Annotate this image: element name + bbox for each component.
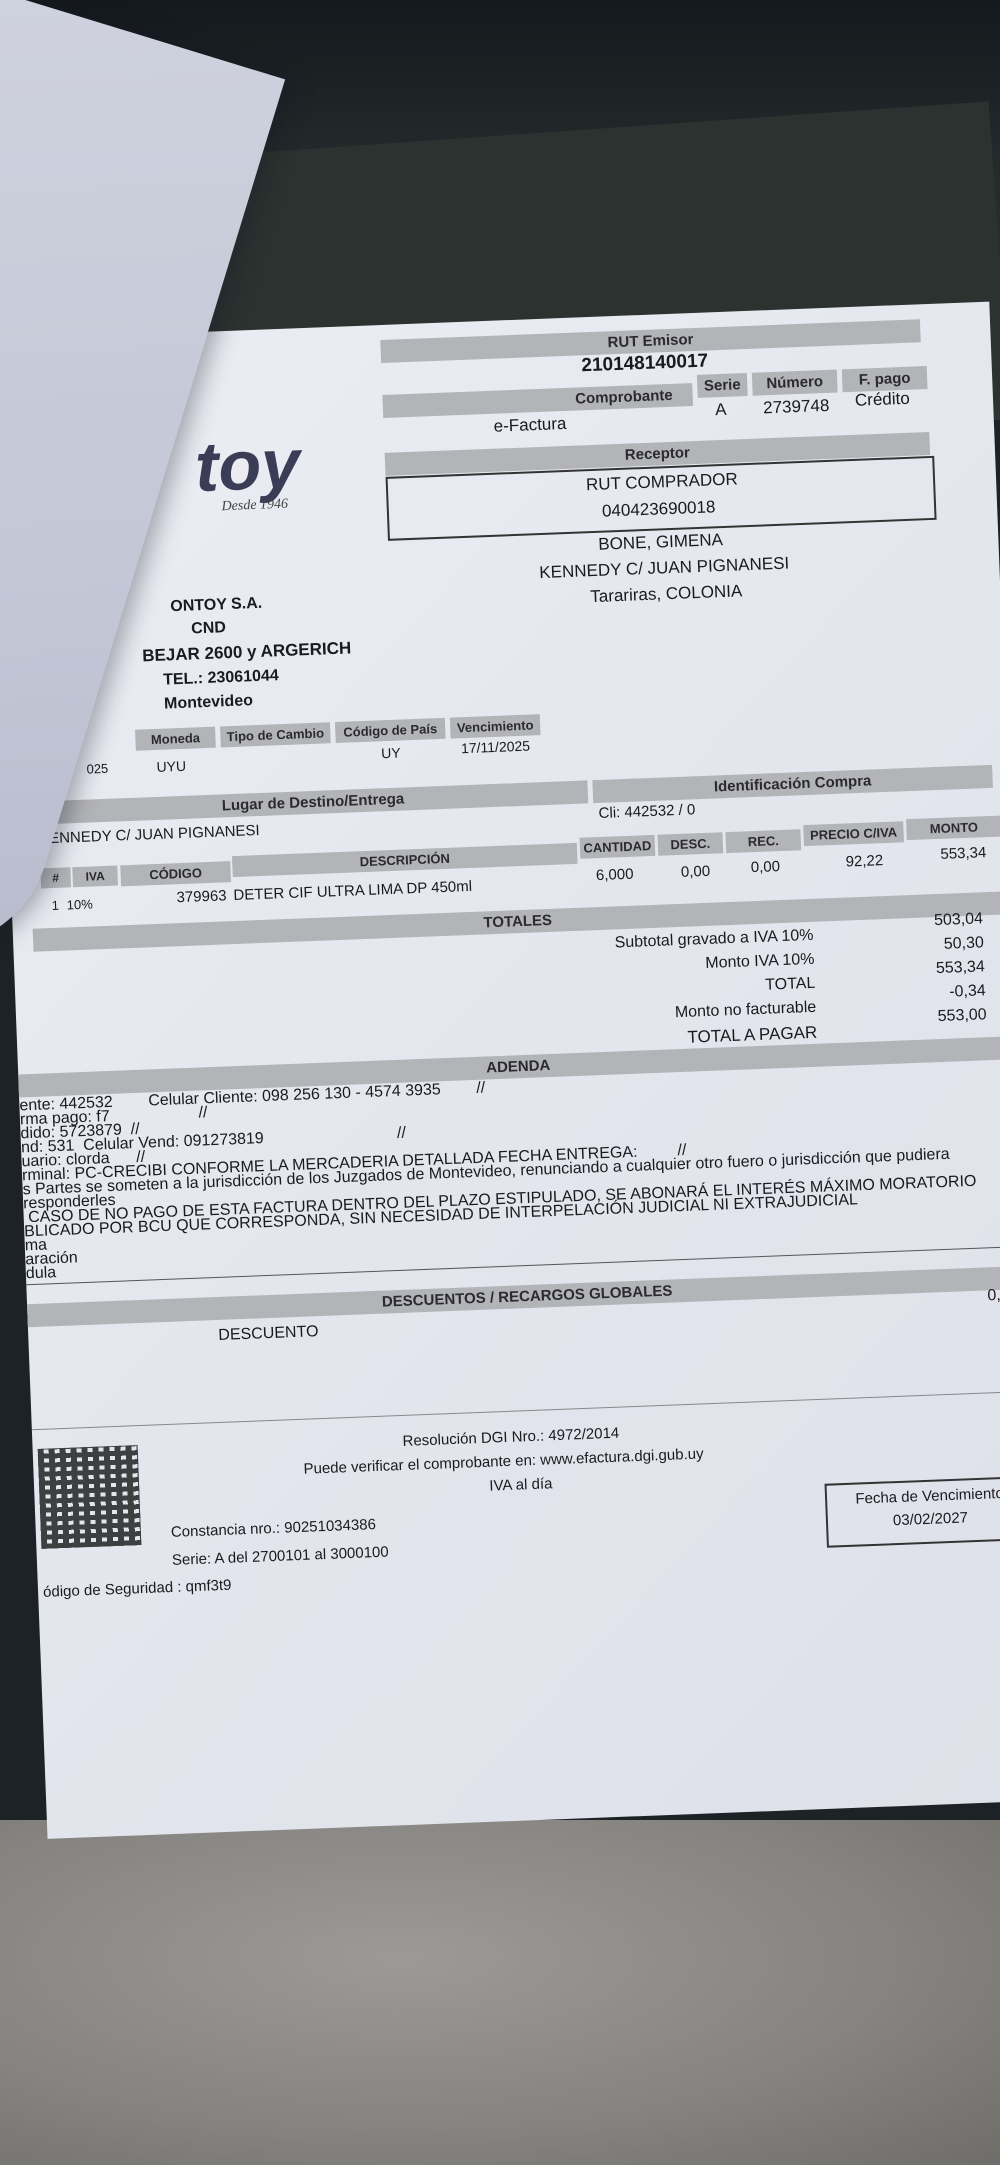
totales-row-value: 50,30 [944, 934, 985, 954]
vencimiento-value: 17/11/2025 [461, 738, 531, 757]
iva-dia-text: IVA al día [489, 1475, 553, 1494]
emisor-direccion: BEJAR 2600 y ARGERICH [142, 638, 352, 666]
receptor-nombre: BONE, GIMENA [598, 530, 723, 555]
destino-value: ENNEDY C/ JUAN PIGNANESI [49, 822, 260, 847]
comprobante-label: Comprobante [382, 383, 693, 418]
receptor-localidad: Tarariras, COLONIA [590, 581, 743, 607]
fpago-label: F. pago [842, 366, 928, 392]
destino-label: Lugar de Destino/Entrega [38, 780, 588, 824]
fecha-value: 025 [86, 761, 108, 777]
col-header-n: # [40, 867, 71, 888]
col-header-desc: DESC. [657, 832, 723, 855]
qr-code [38, 1445, 142, 1549]
numero-value: 2739748 [763, 396, 830, 419]
codigo-pais-value: UY [381, 745, 401, 762]
company-logo: toy [193, 423, 301, 507]
col-header-rec: REC. [725, 829, 801, 853]
row-precio: 92,22 [845, 852, 883, 870]
moneda-label: Moneda [135, 727, 216, 751]
logo-tagline: Desde 1946 [221, 497, 288, 516]
numero-label: Número [752, 370, 838, 396]
row-cantidad: 6,000 [596, 866, 634, 884]
row-n: 1 [51, 898, 59, 913]
fecha-vencimiento-value: 03/02/2027 [828, 1507, 1000, 1532]
constancia-text: Constancia nro.: 90251034386 [171, 1516, 377, 1541]
row-codigo: 379963 [176, 887, 227, 906]
totales-row-value: 553,34 [936, 958, 986, 978]
codigo-pais-label: Código de País [335, 718, 446, 743]
col-header-descripcion: DESCRIPCIÓN [232, 843, 578, 877]
col-header-monto: MONTO [906, 816, 1000, 841]
emisor-cnd: CND [191, 619, 226, 638]
emisor-razon-social: ONTOY S.A. [170, 595, 262, 617]
row-rec: 0,00 [750, 858, 780, 876]
id-compra-label: Identificación Compra [592, 765, 993, 803]
totales-row-value: 503,04 [934, 910, 984, 930]
row-monto: 553,34 [940, 844, 987, 863]
col-header-cantidad: CANTIDAD [580, 835, 656, 859]
col-header-codigo: CÓDIGO [120, 861, 231, 886]
emisor-ciudad: Montevideo [164, 692, 254, 713]
descuento-item-label: DESCUENTO [218, 1323, 319, 1345]
row-iva: 10% [66, 896, 93, 912]
totales-row-value: -0,34 [949, 982, 986, 1001]
emisor-telefono: TEL.: 23061044 [163, 667, 279, 689]
comprobante-value: e-Factura [493, 414, 566, 437]
resolucion-text: Resolución DGI Nro.: 4972/2014 [402, 1425, 619, 1450]
fpago-value: Crédito [855, 389, 911, 411]
verificar-text: Puede verificar el comprobante en: www.e… [303, 1445, 704, 1477]
tipo-cambio-label: Tipo de Cambio [220, 722, 331, 747]
col-header-iva: IVA [72, 866, 118, 888]
lap-fabric-background [0, 1820, 1000, 2165]
row-desc: 0,00 [681, 863, 711, 881]
descuento-item-value: 0,34 [987, 1286, 1000, 1305]
divider [32, 1391, 1000, 1430]
codigo-seguridad-text: ódigo de Seguridad : qmf3t9 [43, 1577, 232, 1601]
fecha-vencimiento-label: Fecha de Vencimiento [827, 1484, 1000, 1509]
vencimiento-label: Vencimiento [450, 714, 541, 738]
col-header-precio: PRECIO C/IVA [803, 821, 904, 846]
moneda-value: UYU [156, 758, 186, 775]
serie-rango-text: Serie: A del 2700101 al 3000100 [172, 1544, 389, 1569]
invoice-paper: toy Desde 1946 ONTOY S.A. CND BEJAR 2600… [0, 302, 1000, 1839]
serie-value: A [715, 400, 727, 420]
receptor-direccion: KENNEDY C/ JUAN PIGNANESI [539, 553, 790, 583]
totales-row-label: TOTAL [765, 975, 816, 995]
row-descripcion: DETER CIF ULTRA LIMA DP 450ml [233, 878, 472, 904]
adenda-block: ente: 442532 Celular Cliente: 098 256 13… [19, 1061, 1000, 1281]
rut-emisor-value: 210148140017 [581, 350, 709, 377]
totales-row-value: 553,00 [937, 1006, 987, 1026]
fecha-vencimiento-box: Fecha de Vencimiento 03/02/2027 [825, 1476, 1000, 1548]
totales-block: Subtotal gravado a IVA 10%503,04Monto IV… [493, 914, 997, 1053]
serie-label: Serie [697, 373, 748, 398]
id-compra-value: Cli: 442532 / 0 [598, 801, 695, 822]
